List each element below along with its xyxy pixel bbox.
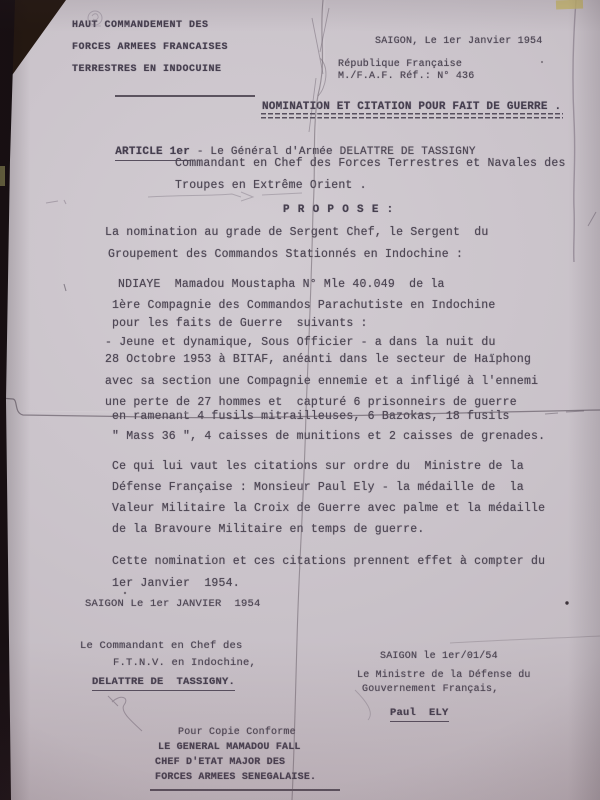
sign-left-role-2: F.T.N.V. en Indochine,: [113, 657, 256, 669]
letterhead-line-2: FORCES ARMEES FRANCAISES: [72, 42, 228, 53]
article-line-2: Commandant en Chef des Forces Terrestres…: [175, 157, 566, 170]
propose-heading: P R O P O S E :: [283, 204, 394, 216]
sign-right-place-date: SAIGON le 1er/01/54: [380, 651, 498, 662]
letterhead-rule: [115, 95, 255, 97]
yellow-tab: [556, 0, 583, 9]
place-date-line: SAIGON, Le 1er Janvier 1954: [375, 36, 542, 47]
sign-right-role-2: Gouvernement Français,: [362, 684, 498, 695]
effect-line-1: Cette nomination et ces citations prenne…: [112, 555, 545, 568]
copy-note-underline: [150, 789, 340, 791]
citation-line-5: en ramenant 4 fusils mitrailleuses, 6 Ba…: [112, 410, 510, 423]
sign-left-place-date: SAIGON Le 1er JANVIER 1954: [85, 598, 261, 610]
citation-line-1: - Jeune et dynamique, Sous Officier - a …: [105, 336, 496, 349]
copy-note-line-2: LE GENERAL MAMADOU FALL: [158, 742, 301, 753]
medals-line-4: de la Bravoure Militaire en temps de gue…: [112, 523, 424, 536]
citation-line-2: 28 Octobre 1953 à BITAF, anéanti dans le…: [105, 353, 531, 366]
sign-right-role-1: Le Ministre de la Défense du: [357, 670, 531, 681]
sign-left-name-text: DELATTRE DE TASSIGNY.: [92, 676, 235, 691]
sign-right-name: Paul ELY: [390, 707, 449, 719]
copy-note-line-4: FORCES ARMEES SENEGALAISE.: [155, 772, 316, 783]
letterhead-line-3: TERRESTRES EN INDOCUINE: [72, 64, 222, 75]
citation-line-4: une perte de 27 hommes et capturé 6 pris…: [105, 396, 517, 409]
article-line-3: Troupes en Extrême Orient .: [175, 179, 367, 192]
copy-note-line-3: CHEF D'ETAT MAJOR DES: [155, 757, 285, 768]
medals-line-2: Défense Française : Monsieur Paul Ely - …: [112, 481, 524, 494]
soldier-line-1: NDIAYE Mamadou Moustapha N° Mle 40.049 d…: [118, 278, 445, 291]
medals-line-1: Ce qui lui vaut les citations sur ordre …: [112, 460, 524, 473]
medals-line-3: Valeur Militaire la Croix de Guerre avec…: [112, 502, 545, 515]
edge-sliver: [0, 166, 5, 186]
copy-note-line-1: Pour Copie Conforme: [178, 727, 296, 738]
document-photo: HAUT COMMANDEMENT DES FORCES ARMEES FRAN…: [0, 0, 600, 800]
sign-right-name-text: Paul ELY: [390, 707, 449, 722]
effect-line-2: 1er Janvier 1954.: [112, 577, 240, 590]
soldier-line-2: 1ère Compagnie des Commandos Parachutist…: [112, 299, 495, 312]
letterhead-line-1: HAUT COMMANDEMENT DES: [72, 20, 209, 31]
document-title: NOMINATION ET CITATION POUR FAIT DE GUER…: [262, 101, 561, 113]
citation-line-6: " Mass 36 ", 4 caisses de munitions et 2…: [112, 430, 545, 443]
nomination-line-1: La nomination au grade de Sergent Chef, …: [105, 226, 488, 239]
nomination-line-2: Groupement des Commandos Stationnés en I…: [108, 248, 463, 261]
citation-line-3: avec sa section une Compagnie ennemie et…: [105, 375, 538, 388]
reference-line: M./F.A.F. Réf.: N° 436: [338, 71, 474, 82]
sign-left-name: DELATTRE DE TASSIGNY.: [92, 676, 235, 688]
title-double-underline: [261, 113, 563, 120]
republic-line: République Française: [338, 59, 462, 70]
sign-left-role-1: Le Commandant en Chef des: [80, 640, 243, 652]
soldier-line-3: pour les faits de Guerre suivants :: [112, 317, 368, 330]
